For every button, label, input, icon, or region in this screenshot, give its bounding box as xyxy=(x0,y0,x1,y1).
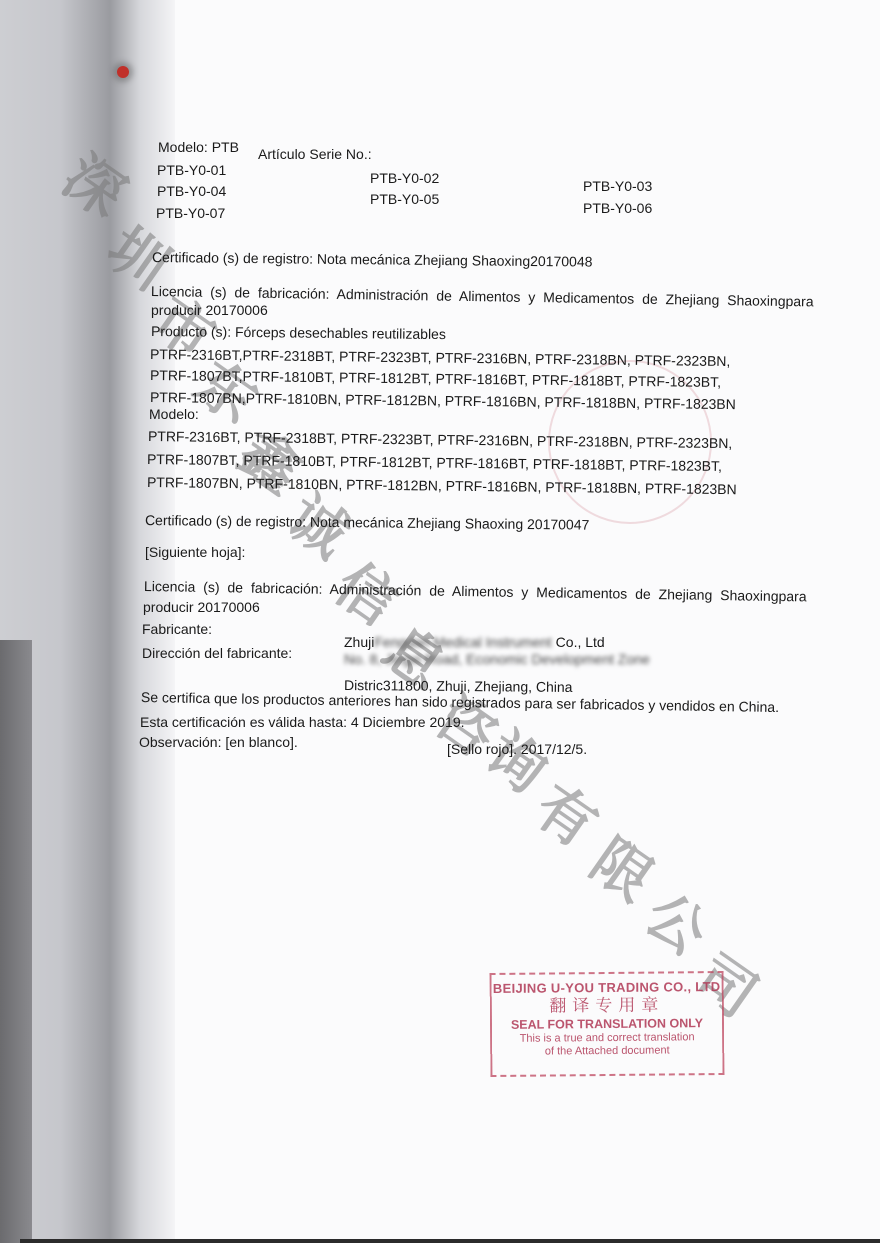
certification-statement: Se certifica que los productos anteriore… xyxy=(141,688,779,716)
serial-item: PTB-Y0-05 xyxy=(370,190,439,208)
registration-certificate-1: Certificado (s) de registro: Nota mecáni… xyxy=(152,248,593,271)
translation-seal-stamp: BEIJING U-YOU TRADING CO., LTD 翻译专用章 SEA… xyxy=(490,971,725,1077)
product-line: PTRF-1807BN,PTRF-1810BN, PTRF-1812BN, PT… xyxy=(150,388,736,413)
model-line: PTRF-2316BT, PTRF-2318BT, PTRF-2323BT, P… xyxy=(148,427,732,452)
model-label: Modelo: PTB xyxy=(158,138,239,156)
seal-statement-cont: of the Attached document xyxy=(492,1044,722,1059)
serial-item: PTB-Y0-06 xyxy=(583,199,652,217)
manufacturer-name: ZhujiFengdan Medical Instrument Co., Ltd xyxy=(344,633,605,651)
serial-item: PTB-Y0-01 xyxy=(157,161,226,179)
validity-statement: Esta certificación es válida hasta: 4 Di… xyxy=(140,713,465,731)
model-line: PTRF-1807BT, PTRF-1810BT, PTRF-1812BT, P… xyxy=(147,450,722,475)
product-label: Producto (s): Fórceps desechables reutil… xyxy=(151,322,446,343)
seal-statement: This is a true and correct translation xyxy=(492,1031,722,1046)
manufacturing-license-2-cont: producir 20170006 xyxy=(143,598,260,616)
next-page-note: [Siguiente hoja]: xyxy=(145,543,245,561)
manufacturer-address-redacted: No. 8, Jingxi Road, Economic Development… xyxy=(344,650,650,668)
product-line: PTRF-1807BT,PTRF-1810BT, PTRF-1812BT, PT… xyxy=(150,366,721,391)
seal-company: BEIJING U-YOU TRADING CO., LTD xyxy=(492,979,722,997)
registration-certificate-2: Certificado (s) de registro: Nota mecáni… xyxy=(145,511,590,534)
model-line: PTRF-1807BN, PTRF-1810BN, PTRF-1812BN, P… xyxy=(147,473,737,498)
manufacturer-name-prefix: Zhuji xyxy=(344,634,374,650)
manufacturing-license-1-cont: producir 20170006 xyxy=(151,301,268,319)
article-label: Artículo Serie No.: xyxy=(258,145,372,163)
document-page: Modelo: PTB Artículo Serie No.: PTB-Y0-0… xyxy=(0,0,880,1243)
serial-item: PTB-Y0-04 xyxy=(157,182,226,200)
serial-item: PTB-Y0-07 xyxy=(156,204,225,222)
manufacturer-label: Fabricante: xyxy=(142,620,212,638)
manufacturer-name-suffix: Co., Ltd xyxy=(552,634,605,650)
manufacturer-address-label: Dirección del fabricante: xyxy=(142,644,292,662)
manufacturer-name-redacted: Fengdan Medical Instrument xyxy=(374,634,551,650)
observation: Observación: [en blanco]. xyxy=(139,733,298,751)
model-list-label: Modelo: xyxy=(149,405,199,423)
serial-item: PTB-Y0-03 xyxy=(583,177,652,195)
seal-chinese-title: 翻译专用章 xyxy=(492,997,722,1015)
serial-item: PTB-Y0-02 xyxy=(370,169,439,187)
red-seal-date: [Sello rojo]. 2017/12/5. xyxy=(447,740,587,758)
